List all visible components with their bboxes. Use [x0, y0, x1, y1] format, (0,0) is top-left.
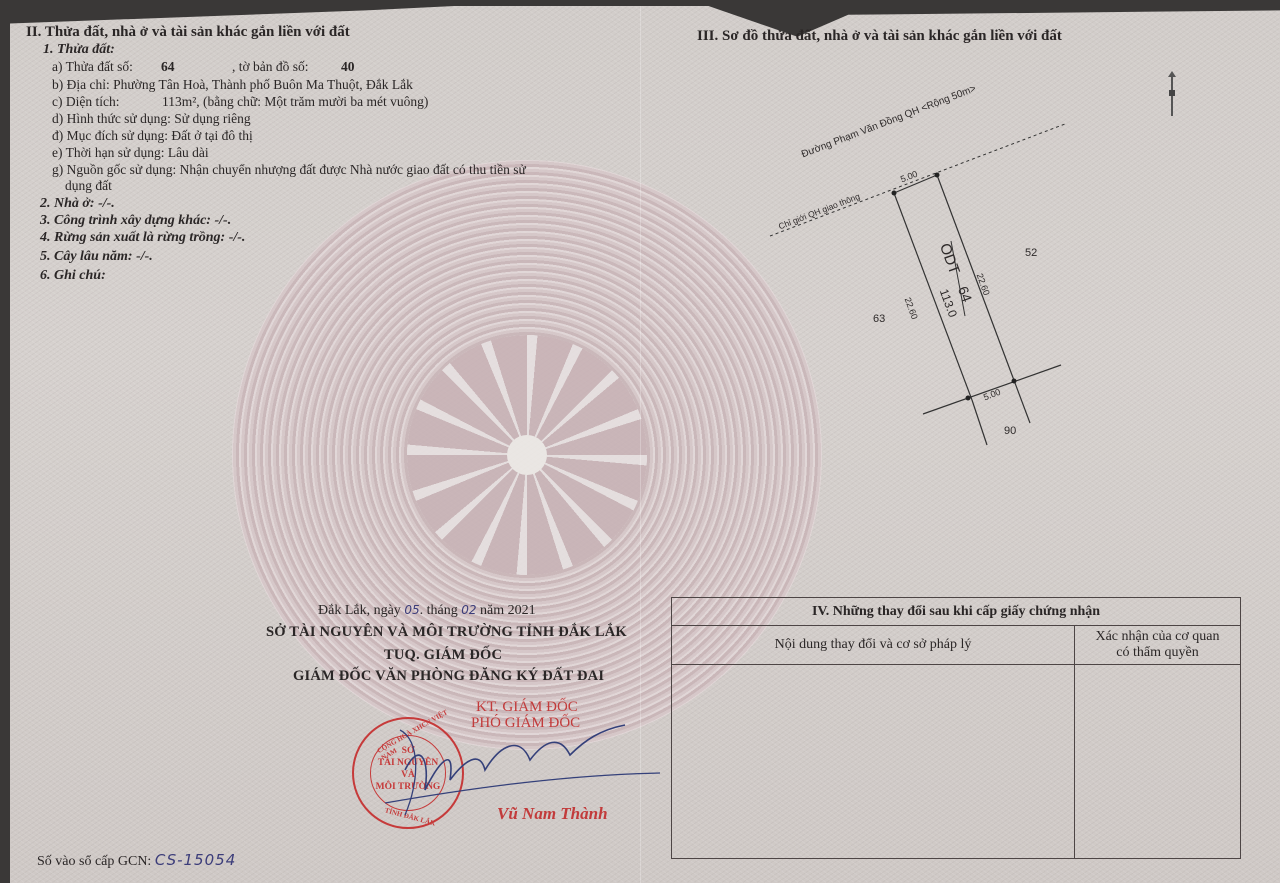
changes-table: IV. Những thay đổi sau khi cấp giấy chứn…: [671, 597, 1241, 859]
column-authority-confirmation: Xác nhận của cơ quan có thẩm quyền: [1075, 626, 1240, 664]
signer-name: Vũ Nam Thành: [497, 804, 608, 824]
registry-number: Số vào sổ cấp GCN: CS-15054: [37, 851, 236, 870]
section-4-title: IV. Những thay đổi sau khi cấp giấy chứn…: [672, 598, 1240, 626]
changes-table-body: [672, 665, 1240, 859]
change-content-cell: [672, 665, 1075, 859]
registry-label: Số vào sổ cấp GCN:: [37, 854, 151, 869]
registry-value: CS-15054: [155, 851, 236, 869]
authority-confirmation-cell: [1075, 665, 1240, 859]
column-change-content: Nội dung thay đổi và cơ sở pháp lý: [672, 626, 1075, 664]
changes-table-header: Nội dung thay đổi và cơ sở pháp lý Xác n…: [672, 626, 1240, 665]
